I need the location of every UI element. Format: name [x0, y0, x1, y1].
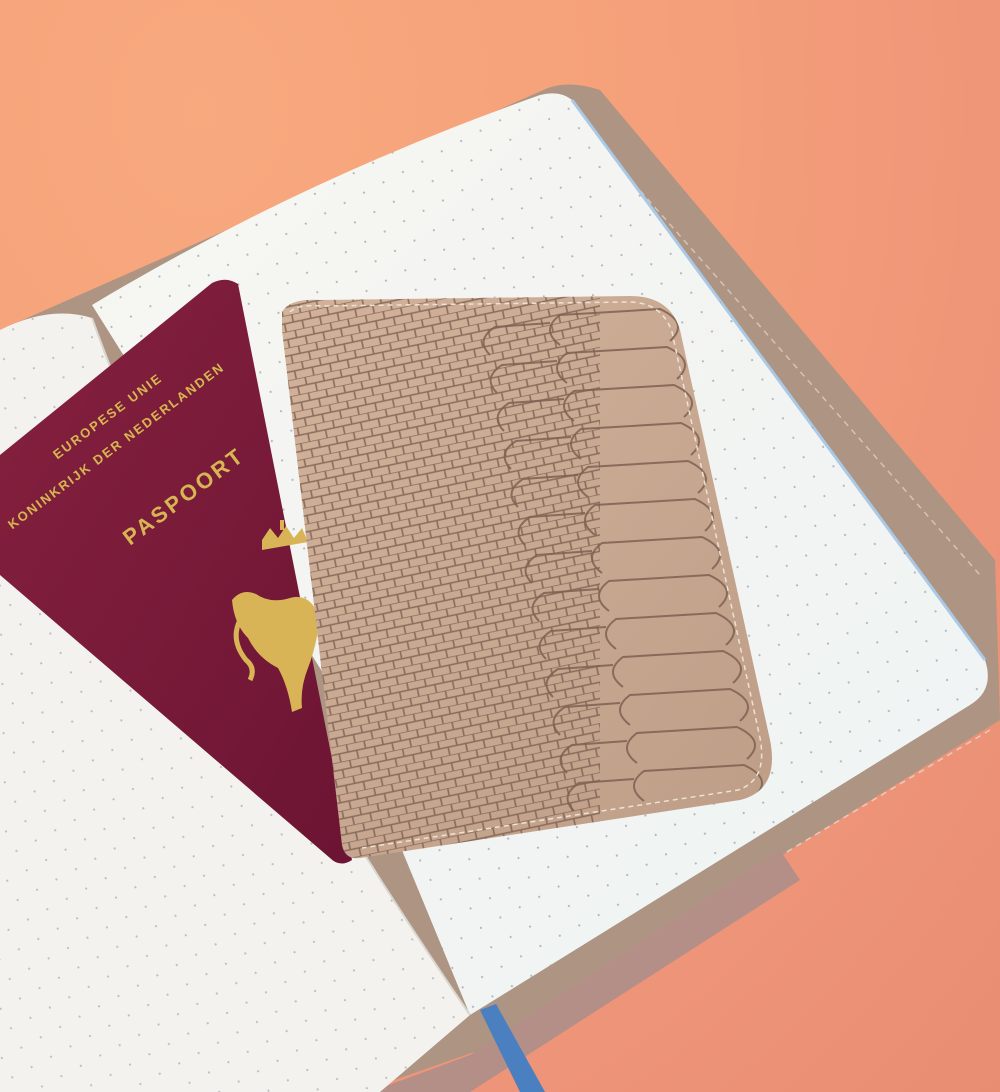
- product-photo: EUROPESE UNIE KONINKRIJK DER NEDERLANDEN…: [0, 0, 1000, 1092]
- leather-passport-cover: [0, 0, 1000, 1092]
